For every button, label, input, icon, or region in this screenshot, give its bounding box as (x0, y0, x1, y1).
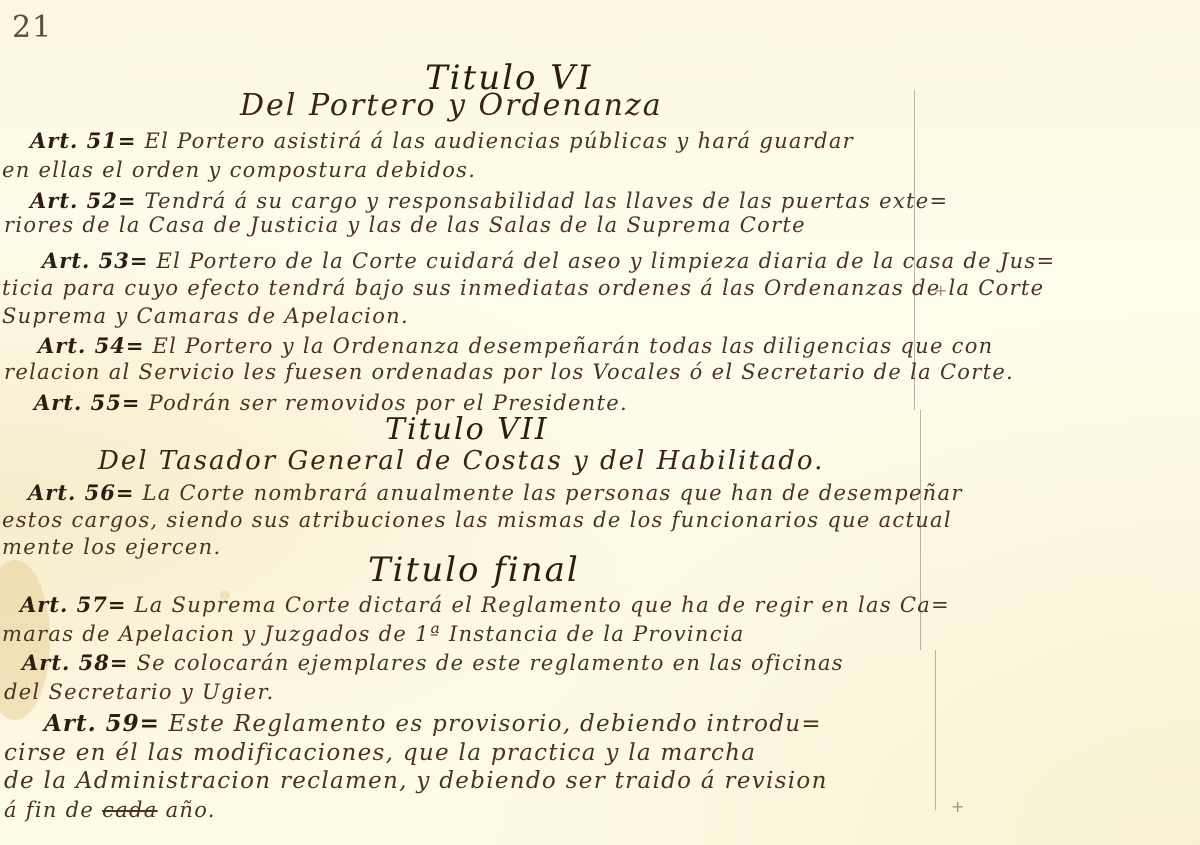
article-line: á fin de cada año. (4, 800, 216, 821)
article-line: Art. 58= Se colocarán ejemplares de este… (22, 652, 844, 674)
article-line: de la Administracion reclamen, y debiend… (4, 770, 828, 793)
article-label: Art. 54= (38, 333, 145, 358)
article-text: El Portero de la Corte cuidará del aseo … (156, 249, 1055, 273)
article-label: Art. 56= (28, 480, 135, 505)
section-subheading: Del Portero y Ordenanza (240, 88, 663, 123)
article-line: Art. 51= El Portero asistirá á las audie… (30, 130, 854, 152)
article-line: Art. 57= La Suprema Corte dictará el Reg… (20, 594, 950, 616)
section-heading: Titulo VII (385, 412, 549, 447)
article-text: mente los ejercen. (2, 535, 221, 559)
article-label: Art. 57= (20, 592, 127, 617)
article-text: á fin de (4, 798, 102, 822)
article-text: Este Reglamento es provisorio, debiendo … (169, 711, 822, 737)
article-text: relacion al Servicio les fuesen ordenada… (4, 360, 1014, 384)
article-line: en ellas el orden y compostura debidos. (2, 160, 476, 181)
article-text: El Portero asistirá á las audiencias púb… (144, 129, 854, 153)
article-line: Art. 56= La Corte nombrará anualmente la… (28, 482, 963, 504)
article-text: del Secretario y Ugier. (4, 680, 274, 704)
struck-word: cada (102, 798, 157, 822)
article-line: Art. 53= El Portero de la Corte cuidará … (42, 250, 1055, 272)
article-line: Suprema y Camaras de Apelacion. (2, 306, 409, 327)
article-text: ticia para cuyo efecto tendrá bajo sus i… (2, 276, 1044, 300)
article-text: en ellas el orden y compostura debidos. (2, 158, 476, 182)
article-text: año. (158, 798, 216, 822)
article-label: Art. 51= (30, 128, 137, 153)
article-label: Art. 58= (22, 650, 129, 675)
article-line: relacion al Servicio les fuesen ordenada… (4, 362, 1014, 383)
article-label: Art. 52= (30, 188, 137, 213)
section-heading: Titulo final (368, 550, 580, 590)
article-label: Art. 59= (44, 710, 160, 737)
article-text: El Portero y la Ordenanza desempeñarán t… (152, 334, 993, 358)
article-line: Art. 52= Tendrá á su cargo y responsabil… (30, 190, 948, 212)
article-line: mente los ejercen. (2, 537, 221, 558)
article-text: Se colocarán ejemplares de este reglamen… (136, 651, 843, 675)
article-line: del Secretario y Ugier. (4, 682, 274, 703)
article-line: estos cargos, siendo sus atribuciones la… (2, 510, 952, 531)
article-line: maras de Apelacion y Juzgados de 1ª Inst… (2, 624, 745, 645)
article-text: cirse en él las modificaciones, que la p… (4, 740, 756, 766)
margin-rule (935, 650, 936, 810)
article-line: cirse en él las modificaciones, que la p… (4, 742, 756, 765)
article-text: de la Administracion reclamen, y debiend… (4, 768, 828, 794)
article-label: Art. 55= (34, 390, 141, 415)
article-label: Art. 53= (42, 248, 149, 273)
article-line: Art. 54= El Portero y la Ordenanza desem… (38, 335, 993, 357)
registration-mark-icon: + (951, 799, 964, 815)
article-text: Tendrá á su cargo y responsabilidad las … (144, 189, 948, 213)
article-line: Art. 59= Este Reglamento es provisorio, … (44, 712, 822, 736)
article-line: ticia para cuyo efecto tendrá bajo sus i… (2, 278, 1044, 299)
article-text: La Suprema Corte dictará el Reglamento q… (134, 593, 950, 617)
manuscript-page: 21 + + Titulo VI Del Portero y Ordenanza… (0, 0, 1200, 845)
article-line: riores de la Casa de Justicia y las de l… (4, 215, 806, 236)
article-text: estos cargos, siendo sus atribuciones la… (2, 508, 952, 532)
article-line: Art. 55= Podrán ser removidos por el Pre… (34, 392, 628, 414)
article-text: maras de Apelacion y Juzgados de 1ª Inst… (2, 622, 745, 646)
page-number: 21 (12, 10, 52, 45)
section-subheading: Del Tasador General de Costas y del Habi… (98, 446, 824, 476)
article-text: La Corte nombrará anualmente las persona… (142, 481, 962, 505)
article-text: Suprema y Camaras de Apelacion. (2, 304, 409, 328)
article-text: riores de la Casa de Justicia y las de l… (4, 213, 806, 237)
